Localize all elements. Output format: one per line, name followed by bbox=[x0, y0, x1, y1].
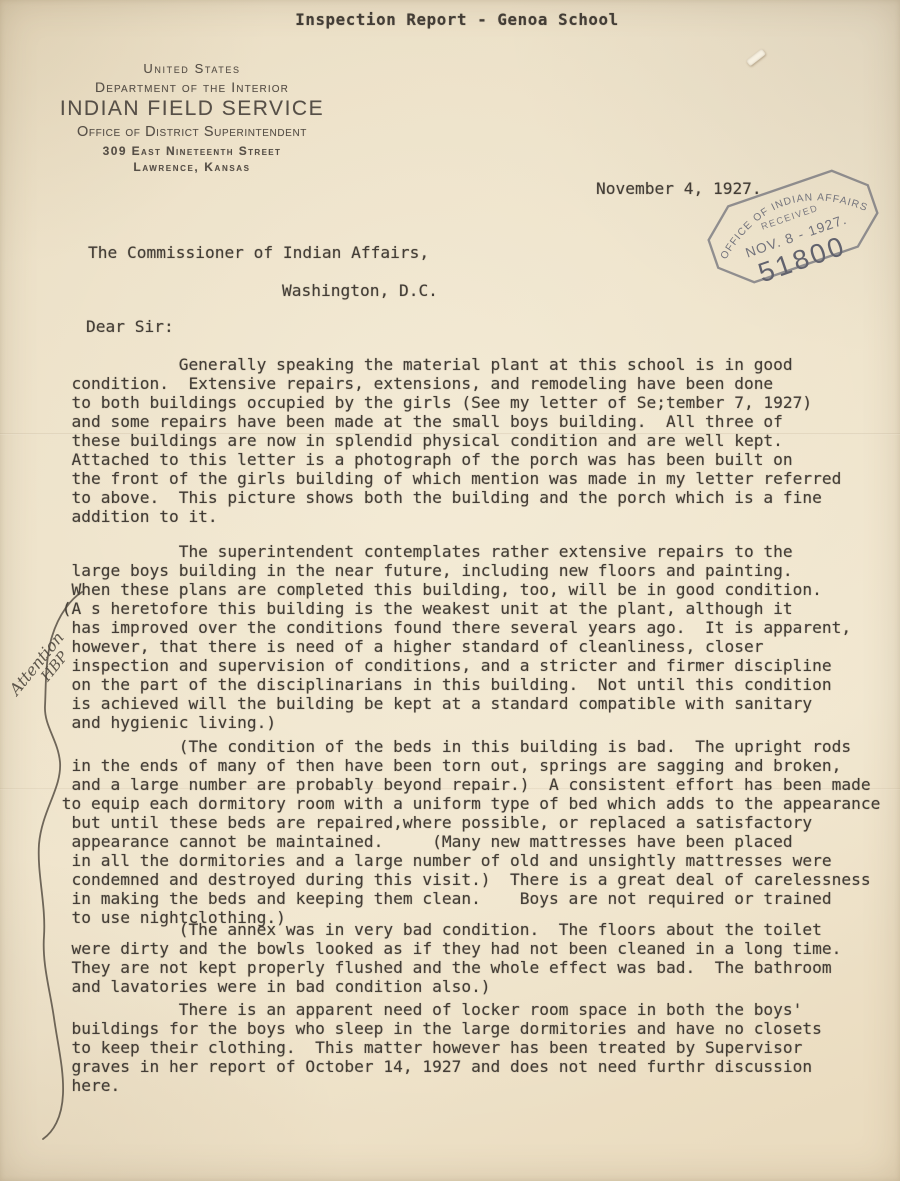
paragraph-3: (The condition of the beds in this build… bbox=[52, 737, 880, 927]
paragraph-2: The superintendent contemplates rather e… bbox=[52, 542, 851, 732]
letterhead: United States Department of the Interior… bbox=[42, 61, 342, 174]
document-page: Inspection Report - Genoa School United … bbox=[0, 0, 900, 1181]
recipient-name: The Commissioner of Indian Affairs, bbox=[88, 243, 429, 262]
recipient-city: Washington, D.C. bbox=[282, 281, 438, 300]
letterhead-united-states: United States bbox=[42, 61, 342, 76]
staple-mark bbox=[746, 49, 766, 67]
document-title: Inspection Report - Genoa School bbox=[14, 10, 900, 29]
received-stamp: OFFICE OF INDIAN AFFAIRS RECEIVED NOV. 8… bbox=[695, 158, 891, 295]
letterhead-service: INDIAN FIELD SERVICE bbox=[42, 97, 342, 121]
letterhead-department: Department of the Interior bbox=[42, 79, 342, 95]
letterhead-street: 309 East Nineteenth Street bbox=[42, 144, 342, 158]
paragraph-1: Generally speaking the material plant at… bbox=[52, 355, 841, 526]
paragraph-5: There is an apparent need of locker room… bbox=[52, 1000, 822, 1095]
letterhead-office: Office of District Superintendent bbox=[42, 124, 342, 140]
paragraph-4: (The annex was in very bad condition. Th… bbox=[52, 920, 841, 996]
salutation: Dear Sir: bbox=[86, 317, 174, 336]
letterhead-city: Lawrence, Kansas bbox=[42, 160, 342, 174]
